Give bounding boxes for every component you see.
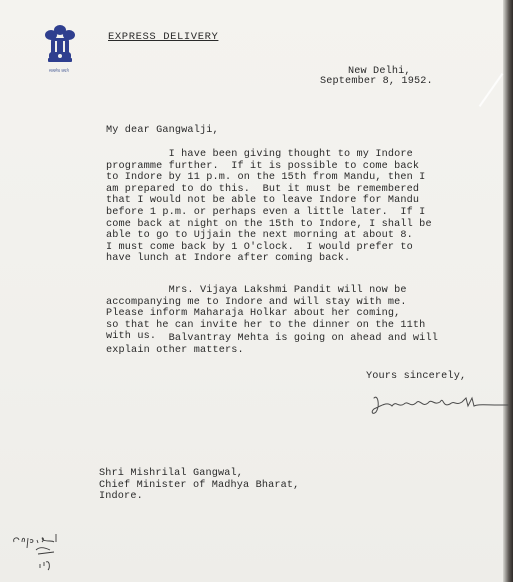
express-delivery-mark: EXPRESS DELIVERY	[108, 32, 218, 44]
dateline-date: September 8, 1952.	[320, 76, 433, 88]
salutation: My dear Gangwalji,	[106, 125, 219, 137]
body-paragraph-1: I have been giving thought to my Indore …	[106, 149, 432, 265]
state-emblem-icon	[42, 22, 78, 72]
signature	[370, 392, 510, 416]
handwritten-annotation	[10, 530, 90, 575]
body-paragraph-3: Balvantray Mehta is going on ahead and w…	[106, 333, 438, 356]
closing: Yours sincerely,	[366, 371, 466, 383]
page-edge-shadow	[503, 0, 513, 582]
recipient-address: Shri Mishrilal Gangwal, Chief Minister o…	[99, 468, 299, 503]
emblem-caption: सत्यमेव जयते	[49, 68, 69, 74]
